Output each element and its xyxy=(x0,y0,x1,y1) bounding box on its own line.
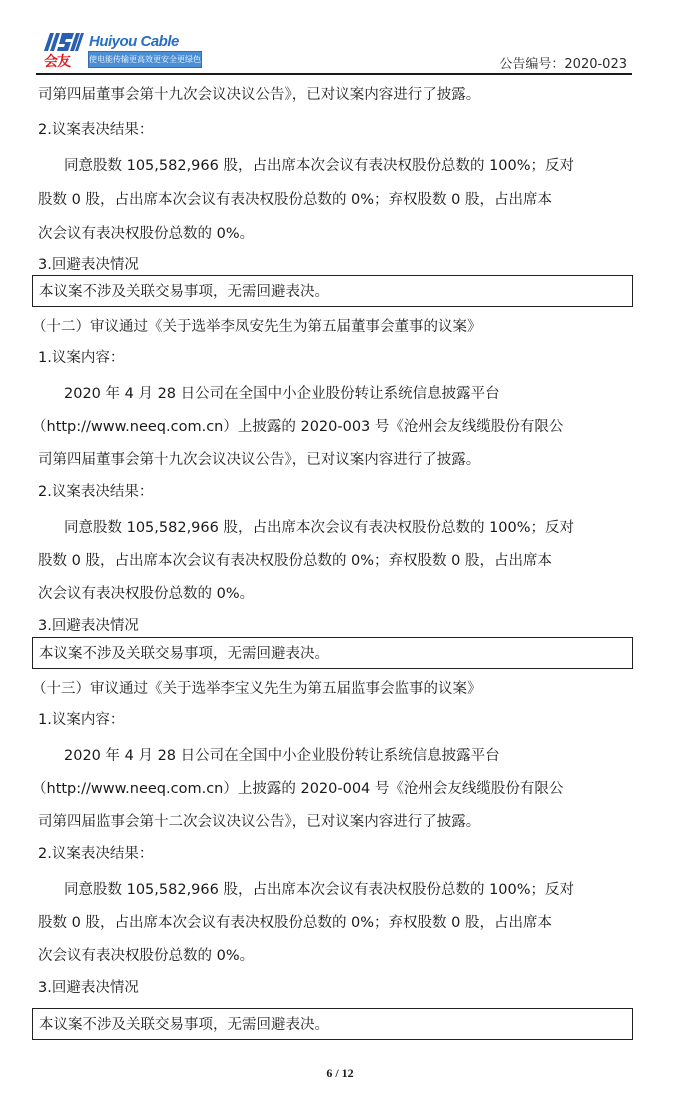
recusal-box: 本议案不涉及关联交易事项，无需回避表决。 xyxy=(32,637,633,669)
company-logo: 会友 Huiyou Cable 使电能传输更高效更安全更绿色 xyxy=(44,31,204,73)
motion-content-heading: 1.议案内容： xyxy=(38,348,638,368)
motion-content-line: （http://www.neeq.com.cn）上披露的 2020-004 号《… xyxy=(32,779,632,799)
vote-result-line: 股数 0 股，占出席本次会议有表决权股份总数的 0%；弃权股数 0 股，占出席本 xyxy=(38,913,638,933)
recusal-heading: 3.回避表决情况 xyxy=(38,255,638,275)
recusal-heading: 3.回避表决情况 xyxy=(38,616,638,636)
logo-mark-icon xyxy=(44,33,84,55)
motion-content-line: 2020 年 4 月 28 日公司在全国中小企业股份转让系统信息披露平台 xyxy=(38,746,664,766)
vote-result-line: 次会议有表决权股份总数的 0%。 xyxy=(38,946,638,966)
vote-result-heading: 2.议案表决结果： xyxy=(38,120,638,140)
motion-content-line: 司第四届董事会第十九次会议决议公告》，已对议案内容进行了披露。 xyxy=(38,450,638,470)
announcement-number: 公告编号：2020-023 xyxy=(499,53,627,72)
vote-result-line: 次会议有表决权股份总数的 0%。 xyxy=(38,224,638,244)
logo-slogan: 使电能传输更高效更安全更绿色 xyxy=(88,51,202,68)
vote-result-line: 同意股数 105,582,966 股，占出席本次会议有表决权股份总数的 100%… xyxy=(38,880,664,900)
vote-result-line: 次会议有表决权股份总数的 0%。 xyxy=(38,584,638,604)
vote-result-heading: 2.议案表决结果： xyxy=(38,844,638,864)
paragraph-line: 司第四届董事会第十九次会议决议公告》，已对议案内容进行了披露。 xyxy=(38,85,638,105)
vote-result-line: 同意股数 105,582,966 股，占出席本次会议有表决权股份总数的 100%… xyxy=(38,156,664,176)
motion-content-line: 2020 年 4 月 28 日公司在全国中小企业股份转让系统信息披露平台 xyxy=(38,384,664,404)
recusal-box-text: 本议案不涉及关联交易事项，无需回避表决。 xyxy=(39,282,329,302)
motion-content-line: （http://www.neeq.com.cn）上披露的 2020-003 号《… xyxy=(32,417,632,437)
motion-content-line: 司第四届监事会第十二次会议决议公告》，已对议案内容进行了披露。 xyxy=(38,812,638,832)
header-divider xyxy=(36,73,632,75)
logo-brand-cn: 会友 xyxy=(44,55,84,69)
vote-result-line: 同意股数 105,582,966 股，占出席本次会议有表决权股份总数的 100%… xyxy=(38,518,664,538)
page-number: 6 / 12 xyxy=(0,1066,680,1081)
vote-result-heading: 2.议案表决结果： xyxy=(38,482,638,502)
page-header: 会友 Huiyou Cable 使电能传输更高效更安全更绿色 公告编号：2020… xyxy=(0,0,680,80)
recusal-box: 本议案不涉及关联交易事项，无需回避表决。 xyxy=(32,275,633,307)
recusal-box: 本议案不涉及关联交易事项，无需回避表决。 xyxy=(32,1008,633,1040)
motion-title: （十三）审议通过《关于选举李宝义先生为第五届监事会监事的议案》 xyxy=(32,679,632,699)
vote-result-line: 股数 0 股，占出席本次会议有表决权股份总数的 0%；弃权股数 0 股，占出席本 xyxy=(38,551,638,571)
recusal-box-text: 本议案不涉及关联交易事项，无需回避表决。 xyxy=(39,644,329,664)
motion-content-heading: 1.议案内容： xyxy=(38,710,638,730)
recusal-box-text: 本议案不涉及关联交易事项，无需回避表决。 xyxy=(39,1015,329,1035)
motion-title: （十二）审议通过《关于选举李凤安先生为第五届董事会董事的议案》 xyxy=(32,317,632,337)
logo-brand-en: Huiyou Cable xyxy=(89,33,179,50)
vote-result-line: 股数 0 股，占出席本次会议有表决权股份总数的 0%；弃权股数 0 股，占出席本 xyxy=(38,190,638,210)
recusal-heading: 3.回避表决情况 xyxy=(38,978,638,998)
